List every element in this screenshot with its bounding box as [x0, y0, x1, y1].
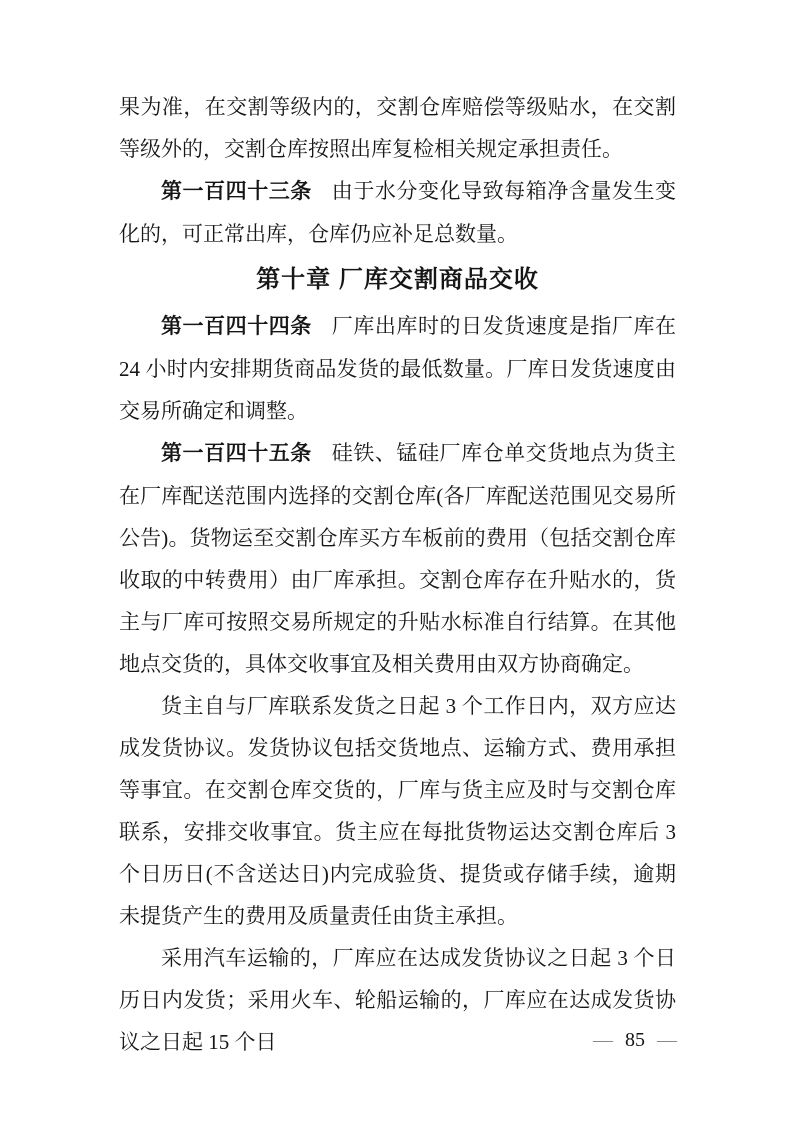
footer-dash-left: — — [593, 1029, 613, 1051]
article-145-label: 第一百四十五条 — [161, 442, 332, 465]
article-144-label: 第一百四十四条 — [161, 315, 332, 338]
chapter-heading: 第十章 厂库交割商品交收 — [119, 257, 676, 303]
page-number: 85 — [625, 1029, 645, 1051]
paragraph-continuation: 果为准，在交割等级内的，交割仓库赔偿等级贴水，在交割等级外的，交割仓库按照出库复… — [119, 86, 676, 170]
document-page: 果为准，在交割等级内的，交割仓库赔偿等级贴水，在交割等级外的，交割仓库按照出库复… — [0, 0, 793, 1122]
page-footer: —85— — [593, 1025, 677, 1055]
article-145: 第一百四十五条硅铁、锰硅厂库仓单交货地点为货主在厂库配送范围内选择的交割仓库(各… — [119, 432, 676, 685]
article-143: 第一百四十三条由于水分变化导致每箱净含量发生变化的，可正常出库，仓库仍应补足总数… — [119, 170, 676, 255]
article-143-label: 第一百四十三条 — [161, 180, 332, 203]
footer-dash-right: — — [657, 1029, 677, 1051]
article-144: 第一百四十四条厂库出库时的日发货速度是指厂库在 24 小时内安排期货商品发货的最… — [119, 305, 676, 432]
text-block: 果为准，在交割等级内的，交割仓库赔偿等级贴水，在交割等级外的，交割仓库按照出库复… — [119, 86, 676, 1063]
article-145-text: 硅铁、锰硅厂库仓单交货地点为货主在厂库配送范围内选择的交割仓库(各厂库配送范围见… — [119, 441, 676, 676]
paragraph-shipping-agreement: 货主自与厂库联系发货之日起 3 个工作日内，双方应达成发货协议。发货协议包括交货… — [119, 685, 676, 937]
